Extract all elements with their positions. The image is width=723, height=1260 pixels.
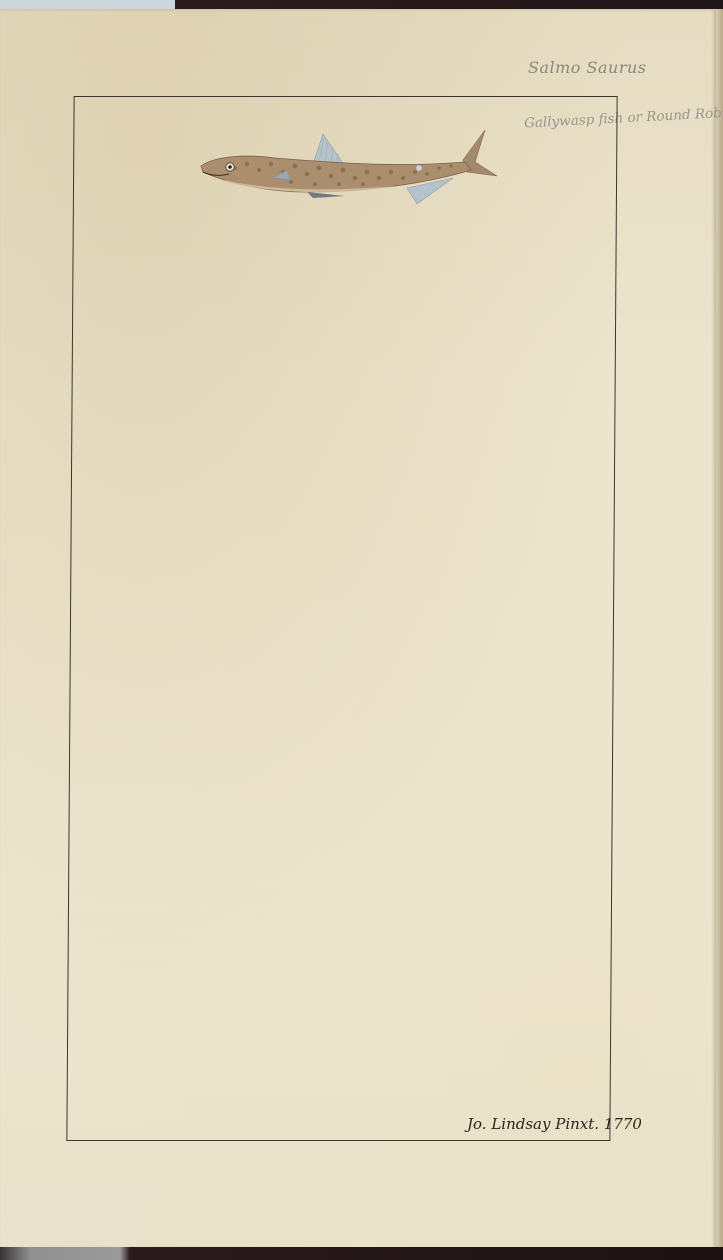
fish-illustration — [195, 126, 500, 208]
scan-bottom-border — [0, 1247, 723, 1260]
artist-signature: Jo. Lindsay Pinxt. 1770 — [467, 1115, 642, 1133]
plate-frame — [66, 96, 617, 1141]
page-edge — [716, 9, 723, 1249]
species-name: Salmo Saurus — [528, 58, 646, 77]
